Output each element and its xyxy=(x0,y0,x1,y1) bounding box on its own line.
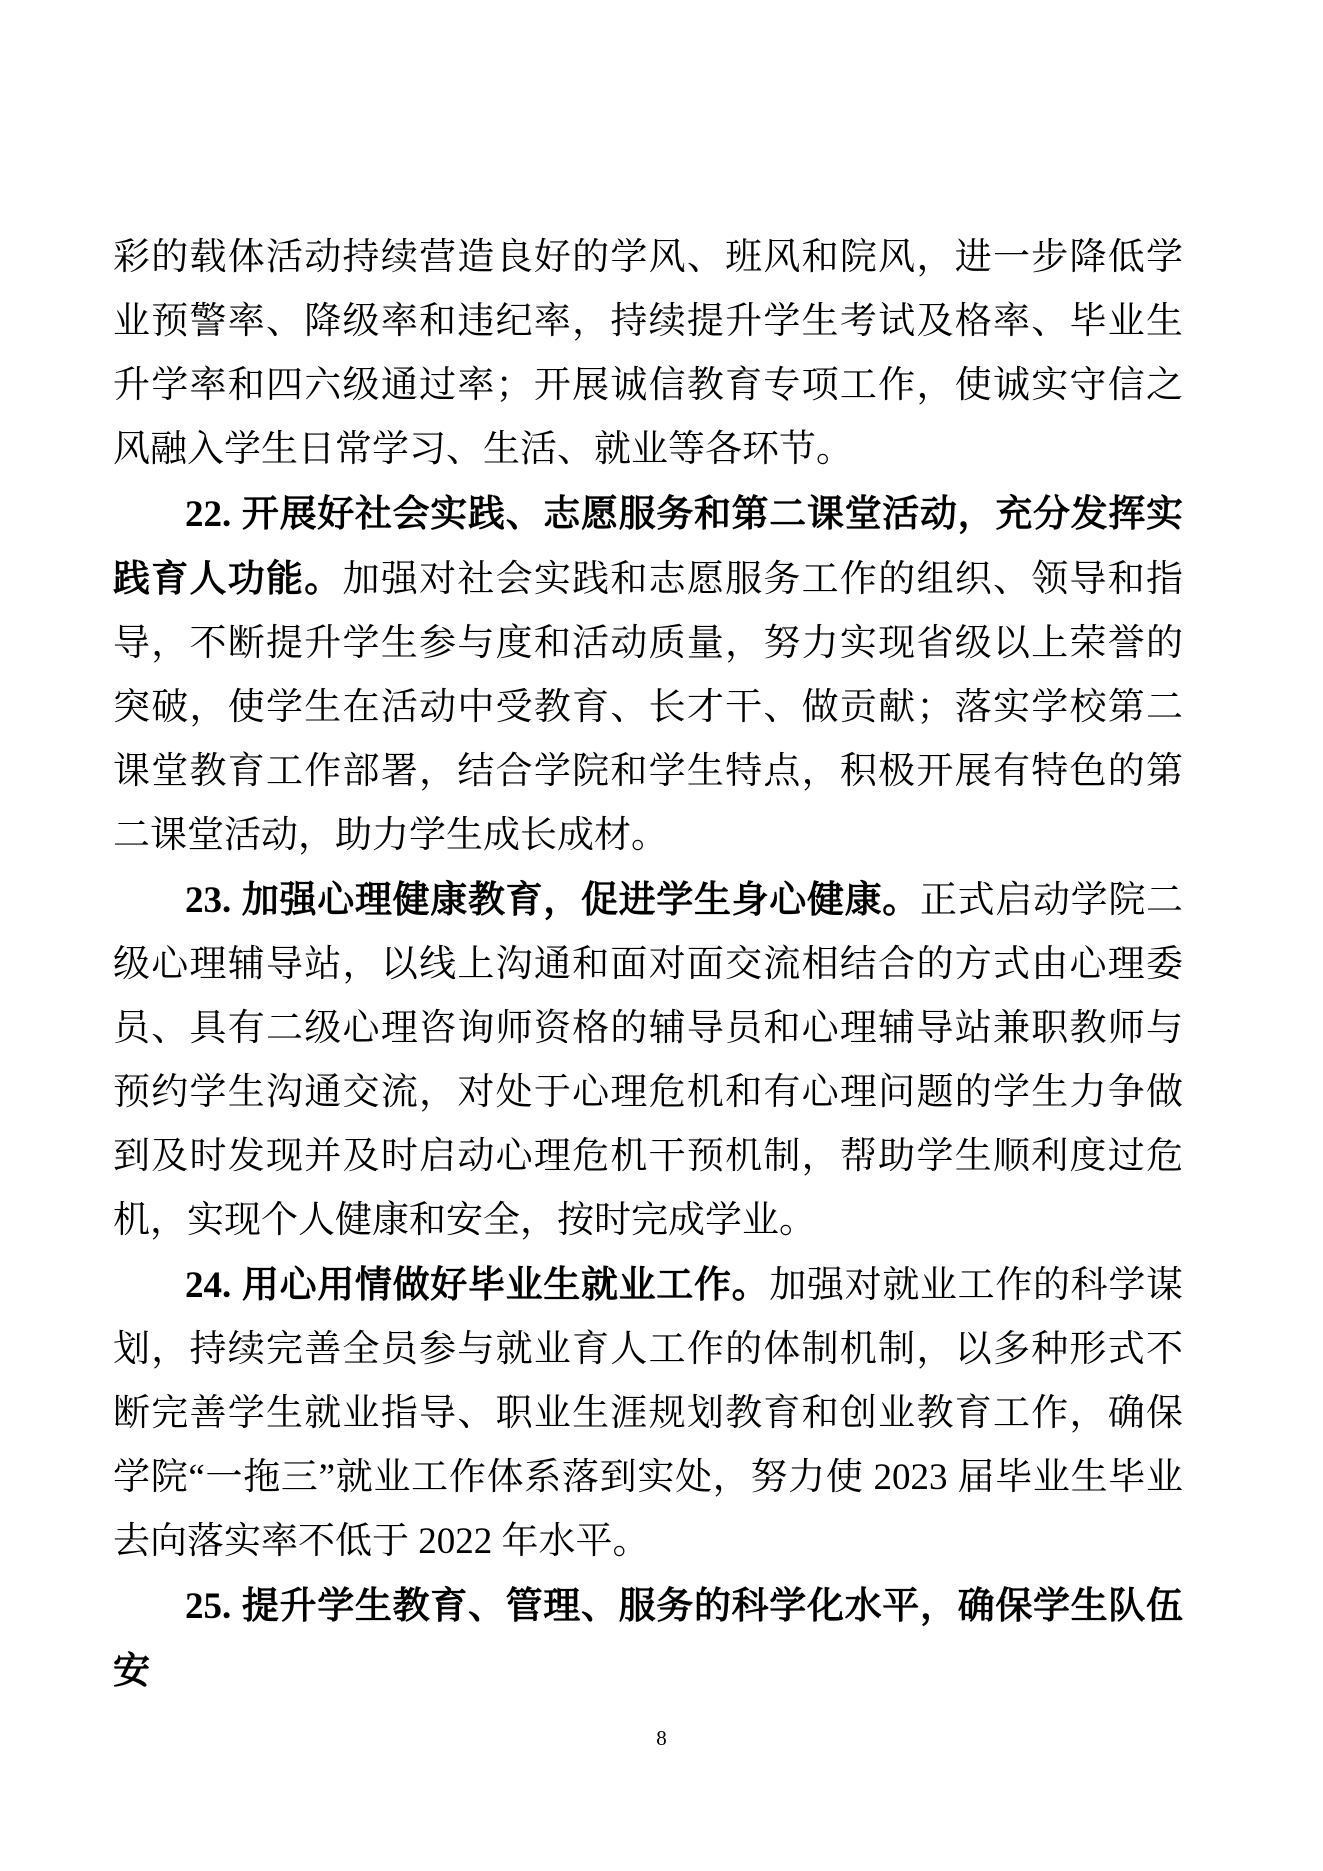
item-25-number: 25. xyxy=(185,1586,231,1627)
item-23-number: 23. xyxy=(185,880,231,921)
page-number: 8 xyxy=(0,1726,1323,1751)
document-body: 彩的载体活动持续营造良好的学风、班风和院风，进一步降低学业预警率、降级率和违纪率… xyxy=(113,226,1183,1704)
paragraph-item-22: 22.开展好社会实践、志愿服务和第二课堂活动，充分发挥实践育人功能。加强对社会实… xyxy=(113,482,1183,868)
item-23-title: 加强心理健康教育，促进学生身心健康。 xyxy=(241,879,920,920)
paragraph-item-25: 25.提升学生教育、管理、服务的科学化水平，确保学生队伍安 xyxy=(113,1574,1183,1704)
item-24-number: 24. xyxy=(185,1265,231,1306)
document-page: 彩的载体活动持续营造良好的学风、班风和院风，进一步降低学业预警率、降级率和违纪率… xyxy=(0,0,1323,1871)
item-23-body: 正式启动学院二级心理辅导站，以线上沟通和面对面交流相结合的方式由心理委员、具有二… xyxy=(113,880,1183,1241)
paragraph-item-23: 23.加强心理健康教育，促进学生身心健康。正式启动学院二级心理辅导站，以线上沟通… xyxy=(113,868,1183,1253)
paragraph-continuation: 彩的载体活动持续营造良好的学风、班风和院风，进一步降低学业预警率、降级率和违纪率… xyxy=(113,226,1183,482)
paragraph-continuation-text: 彩的载体活动持续营造良好的学风、班风和院风，进一步降低学业预警率、降级率和违纪率… xyxy=(113,237,1183,470)
item-24-body: 加强对就业工作的科学谋划，持续完善全员参与就业育人工作的体制机制，以多种形式不断… xyxy=(113,1265,1183,1562)
item-25-title: 提升学生教育、管理、服务的科学化水平，确保学生队伍安 xyxy=(113,1585,1183,1691)
item-22-body: 加强对社会实践和志愿服务工作的组织、领导和指导，不断提升学生参与度和活动质量，努… xyxy=(113,559,1183,856)
paragraph-item-24: 24.用心用情做好毕业生就业工作。加强对就业工作的科学谋划，持续完善全员参与就业… xyxy=(113,1253,1183,1574)
item-24-title: 用心用情做好毕业生就业工作。 xyxy=(241,1264,769,1305)
item-22-number: 22. xyxy=(185,494,231,535)
